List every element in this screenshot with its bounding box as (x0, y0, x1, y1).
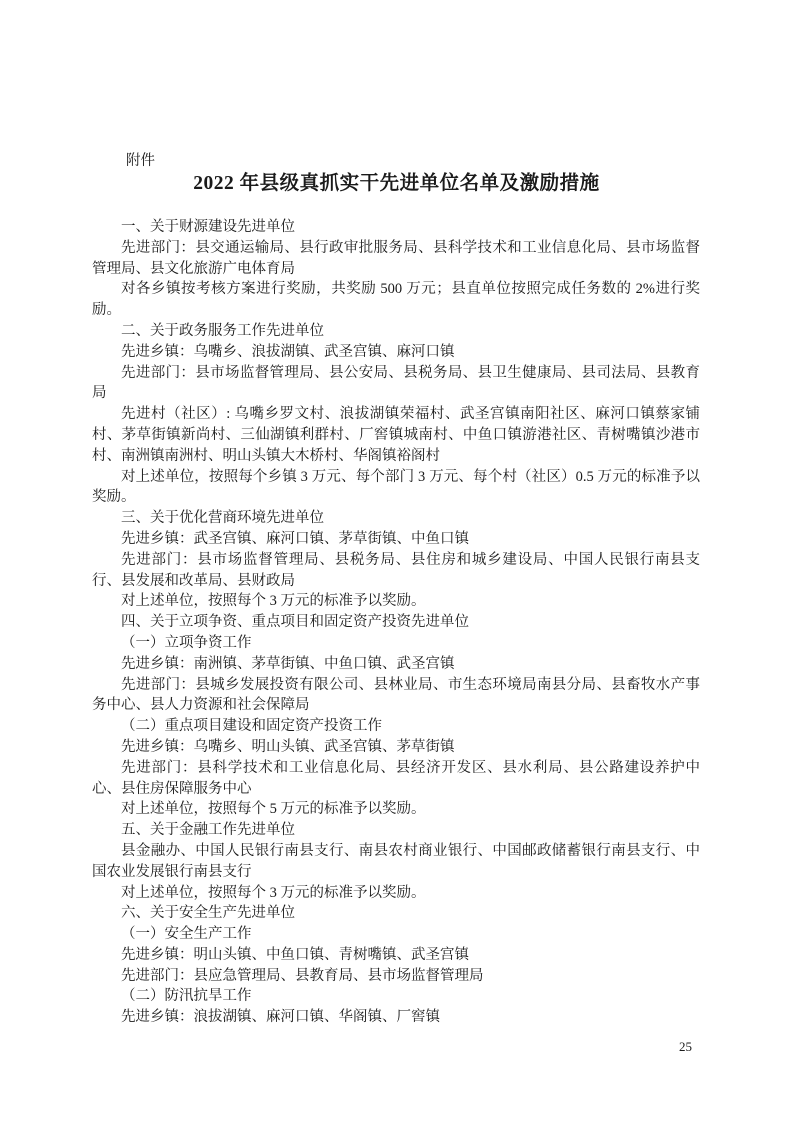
body-paragraph: 先进部门：县科学技术和工业信息化局、县经济开发区、县水利局、县公路建设养护中心、… (92, 758, 700, 800)
body-paragraph: 三、关于优化营商环境先进单位 (92, 508, 700, 529)
body-paragraph: 先进乡镇：乌嘴乡、浪拔湖镇、武圣宫镇、麻河口镇 (92, 342, 700, 363)
body-paragraph: 对各乡镇按考核方案进行奖励，共奖励 500 万元；县直单位按照完成任务数的 2%… (92, 279, 700, 321)
body-paragraph: 先进部门：县应急管理局、县教育局、县市场监督管理局 (92, 966, 700, 987)
body-paragraph: 先进乡镇：明山头镇、中鱼口镇、青树嘴镇、武圣宫镇 (92, 945, 700, 966)
body-paragraph: 县金融办、中国人民银行南县支行、南县农村商业银行、中国邮政储蓄银行南县支行、中国… (92, 841, 700, 883)
body-paragraph: 六、关于安全生产先进单位 (92, 903, 700, 924)
body-paragraph: 对上述单位，按照每个 3 万元的标准予以奖励。 (92, 883, 700, 904)
document-title: 2022 年县级真抓实干先进单位名单及激励措施 (0, 170, 793, 198)
body-paragraph: 先进乡镇：武圣宫镇、麻河口镇、茅草街镇、中鱼口镇 (92, 529, 700, 550)
body-paragraph: 五、关于金融工作先进单位 (92, 820, 700, 841)
body-paragraph: 二、关于政务服务工作先进单位 (92, 321, 700, 342)
body-paragraph: 先进部门：县交通运输局、县行政审批服务局、县科学技术和工业信息化局、县市场监督管… (92, 238, 700, 280)
document-body: 一、关于财源建设先进单位先进部门：县交通运输局、县行政审批服务局、县科学技术和工… (92, 217, 700, 1028)
body-paragraph: （一）安全生产工作 (92, 924, 700, 945)
body-paragraph: （一）立项争资工作 (92, 633, 700, 654)
body-paragraph: 对上述单位，按照每个 3 万元的标准予以奖励。 (92, 591, 700, 612)
page-number: 25 (679, 1039, 692, 1055)
body-paragraph: 先进部门：县市场监督管理局、县税务局、县住房和城乡建设局、中国人民银行南县支行、… (92, 550, 700, 592)
body-paragraph: （二）重点项目建设和固定资产投资工作 (92, 716, 700, 737)
body-paragraph: 先进村（社区）: 乌嘴乡罗文村、浪拔湖镇荣福村、武圣宫镇南阳社区、麻河口镇蔡家铺… (92, 404, 700, 466)
body-paragraph: 先进部门：县城乡发展投资有限公司、县林业局、市生态环境局南县分局、县畜牧水产事务… (92, 675, 700, 717)
body-paragraph: 先进乡镇：乌嘴乡、明山头镇、武圣宫镇、茅草街镇 (92, 737, 700, 758)
body-paragraph: 四、关于立项争资、重点项目和固定资产投资先进单位 (92, 612, 700, 633)
body-paragraph: 先进部门：县市场监督管理局、县公安局、县税务局、县卫生健康局、县司法局、县教育局 (92, 363, 700, 405)
body-paragraph: 对上述单位，按照每个 5 万元的标准予以奖励。 (92, 799, 700, 820)
body-paragraph: （二）防汛抗旱工作 (92, 986, 700, 1007)
body-paragraph: 先进乡镇：浪拔湖镇、麻河口镇、华阁镇、厂窖镇 (92, 1007, 700, 1028)
attachment-label: 附件 (126, 151, 155, 171)
body-paragraph: 一、关于财源建设先进单位 (92, 217, 700, 238)
document-page: 附件 2022 年县级真抓实干先进单位名单及激励措施 一、关于财源建设先进单位先… (0, 0, 793, 1122)
body-paragraph: 先进乡镇：南洲镇、茅草街镇、中鱼口镇、武圣宫镇 (92, 654, 700, 675)
body-paragraph: 对上述单位，按照每个乡镇 3 万元、每个部门 3 万元、每个村（社区）0.5 万… (92, 467, 700, 509)
